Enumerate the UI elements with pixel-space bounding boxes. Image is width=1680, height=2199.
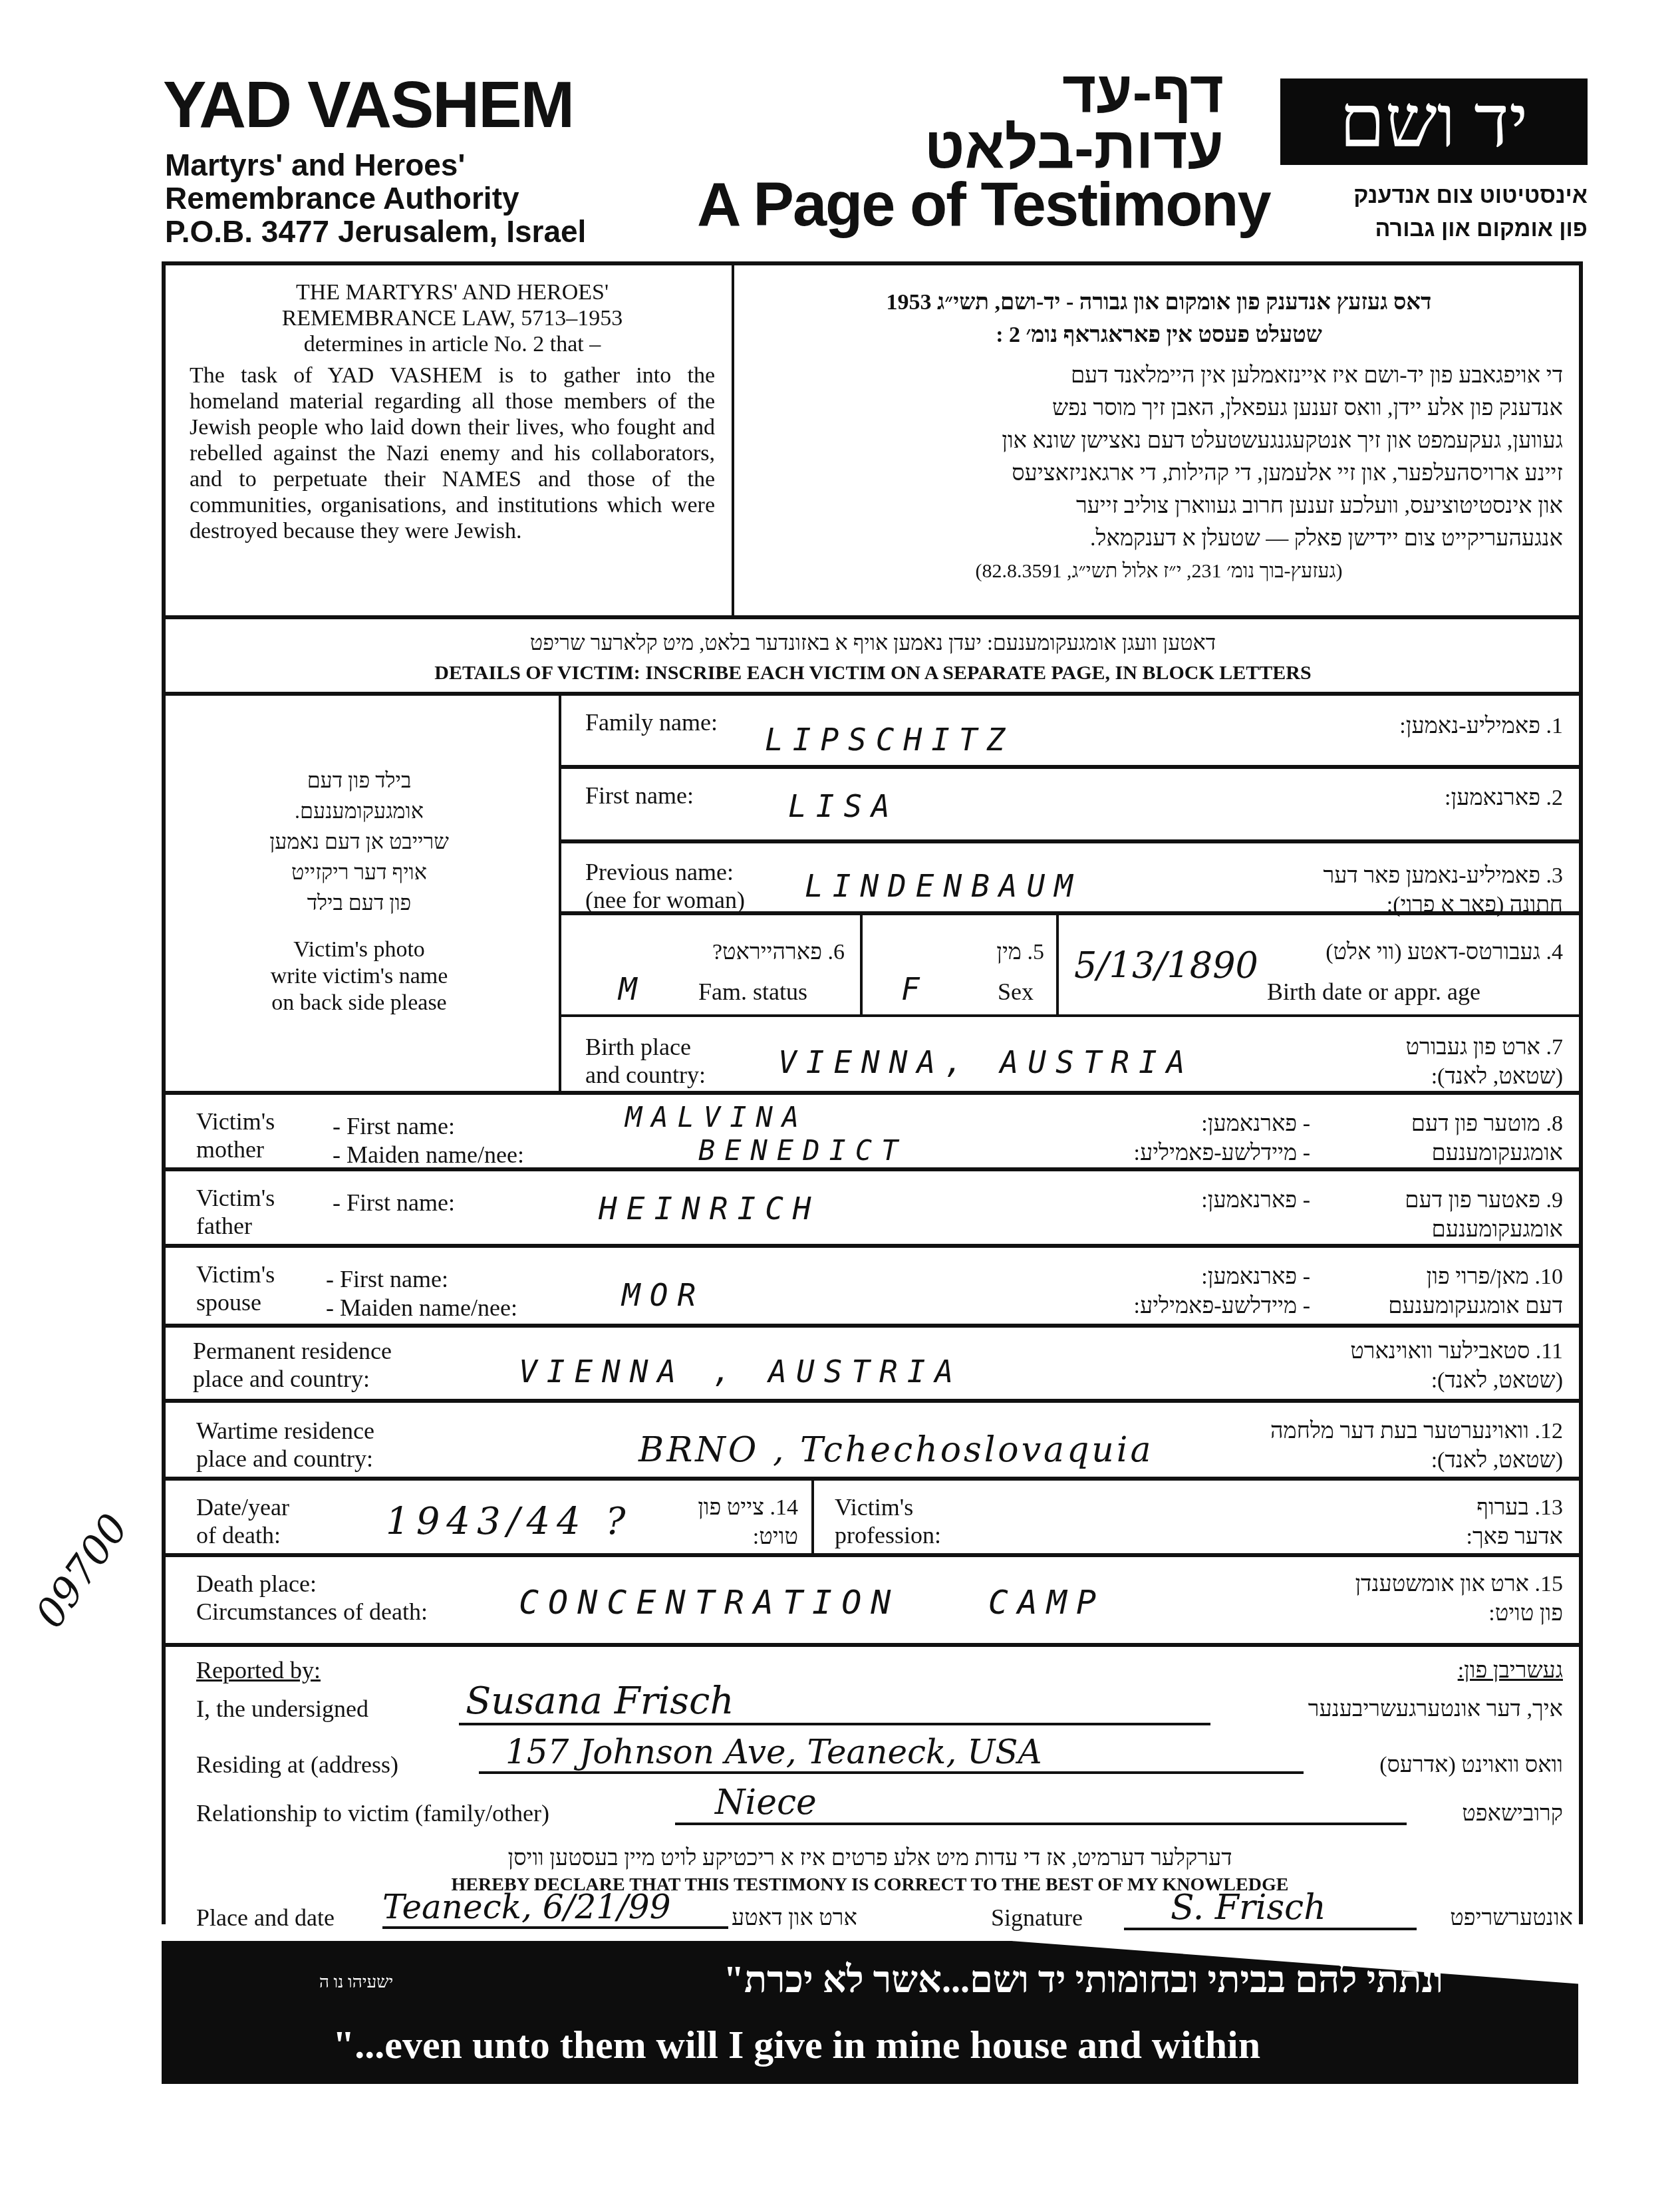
law-he-line-2: אנדענק פון אלע יידן, וואס זענען געפאלן, … [755,392,1563,424]
declaration-hebrew: דערקלער דערמיט, אז די עדות מיט אלע פרטים… [162,1846,1578,1871]
previous-name-label: Previous name: (nee for woman) [585,858,745,914]
perm-residence-value[interactable]: VIENNA , AUSTRIA [519,1354,962,1390]
perm-residence-he-1: 11. סטאבילער וואוינארט [1197,1337,1563,1366]
reported-by-he-heading: געשריבן פון: [1330,1656,1563,1686]
law-he-line-3: געווען, געקעמפט און זיך אנטקעגנגעשטעלט ד… [755,424,1563,457]
undersigned-input[interactable]: Susana Frisch [459,1680,1210,1725]
photo-en-line: on back side please [173,990,545,1016]
family-name-label: Family name: [585,708,718,736]
law-heading-3: determines in article No. 2 that – [190,331,715,357]
previous-name-he-1: 3. פאמיליע-נאמען פאר דער [1131,861,1563,891]
spouse-first-label: - First name: [326,1265,448,1293]
details-header-hebrew: דאטען וועגן אומגעקומענעם: יעדן נאמען אוי… [166,631,1580,655]
birth-place-label-1: Birth place [585,1033,706,1061]
mother-first-value[interactable]: MALVINA [625,1101,808,1133]
birth-place-label-2: and country: [585,1061,706,1089]
previous-name-value[interactable]: LINDENBAUM [805,868,1082,904]
cell-divider [860,915,863,1015]
family-name-value[interactable]: LIPSCHITZ [765,722,1014,758]
father-group-label: Victim's father [196,1184,275,1240]
mother-maiden-value[interactable]: BENEDICT [698,1134,907,1167]
photo-he-line: אויף דער ריקזייט [173,857,545,887]
sex-label: Sex [998,978,1034,1006]
place-date-he-label: ארט און דאטע [732,1904,891,1933]
first-name-value[interactable]: LISA [788,788,899,824]
spouse-he-group-2: דעם אומגעקומענעם [1290,1292,1563,1321]
spouse-he-maiden: - מיידלשע-פאמיליע: [998,1292,1310,1321]
org-subtitle-2: Remembrance Authority [165,183,519,214]
address-he-label: וואס וואוינט (אדרעס) [1317,1751,1563,1780]
previous-name-label-2: (nee for woman) [585,886,745,914]
spouse-maiden-label: - Maiden name/nee: [326,1294,517,1322]
wartime-residence-label: Wartime residence place and country: [196,1417,374,1473]
wartime-residence-he-2: (שטאט, לאנד): [1131,1446,1563,1475]
fam-status-label: Fam. status [698,978,807,1006]
mother-he-first: - פארנאמען: [998,1109,1310,1139]
divider [559,839,1583,843]
profession-he-1: 13. בערוף [1297,1493,1563,1523]
fam-status-he-label: 6. פארהייראט? [665,938,845,967]
wartime-residence-label-1: Wartime residence [196,1417,374,1445]
divider [162,615,1583,619]
cell-divider [811,1481,814,1554]
photo-he-line: אומגעקומענעם. [173,796,545,826]
death-place-label-1: Death place: [196,1570,428,1598]
org-name: YAD VASHEM [163,72,573,137]
death-date-value[interactable]: 1943/44 ? [386,1500,632,1543]
profession-he-2: אדער פאך: [1297,1523,1563,1552]
divider [162,1244,1583,1248]
profession-label-1: Victim's [835,1493,941,1521]
death-place-label: Death place: Circumstances of death: [196,1570,428,1626]
law-he-line-1: די אויפגאבע פון יד-ושם איז איינזאמלען אי… [755,359,1563,392]
spouse-he-group-1: 10. מאן/פרוי פון [1290,1262,1563,1292]
divider [162,1399,1583,1403]
relationship-input[interactable]: Niece [675,1783,1407,1825]
cell-divider [1056,915,1059,1015]
law-he-line-5: און אינסטיטוציעס, וועלכע זענען חרוב געוו… [755,490,1563,522]
birth-date-label: Birth date or appr. age [1267,978,1480,1006]
reported-by-heading: Reported by: [196,1656,321,1684]
perm-residence-label-1: Permanent residence [193,1337,392,1365]
photo-he-line: בילד פון דעם [173,765,545,796]
perm-residence-he-2: (שטאט, לאנד): [1197,1366,1563,1395]
photo-he-line: שרייבט אן דעם נאמען [173,826,545,857]
father-group-2: father [196,1212,275,1240]
address-input[interactable]: 157 Johnson Ave, Teaneck, USA [479,1733,1304,1774]
divider [559,1014,1583,1017]
death-place-he-label: 15. ארט און אומשטענדן פון טויט: [1197,1570,1563,1628]
photo-instructions-hebrew: בילד פון דעם אומגעקומענעם. שרייבט אן דעם… [173,765,545,918]
law-he-line-6: אנגעהעריקייט צום יידישן פאלק — שטעלן א ד… [755,522,1563,555]
profession-he-label: 13. בערוף אדער פאך: [1297,1493,1563,1552]
mother-maiden-label: - Maiden name/nee: [333,1141,524,1169]
law-english: THE MARTYRS' AND HEROES' REMEMBRANCE LAW… [190,279,715,544]
perm-residence-label-2: place and country: [193,1365,392,1393]
death-place-value[interactable]: CONCENTRATION CAMP [519,1583,1105,1622]
logo-text: יד ושם [1339,80,1528,164]
previous-name-he-2: חתונה (פאר א פרוי): [1131,891,1563,920]
undersigned-label: I, the undersigned [196,1695,368,1723]
law-divider [732,263,734,615]
banner-reference: ישעיהו נו ה [319,1972,393,1992]
place-date-label: Place and date [196,1904,335,1932]
law-heading-1: THE MARTYRS' AND HEROES' [190,279,715,305]
logo-subtitle-1: אינסטיטוט צום אנדענק [1280,183,1588,209]
divider [162,1091,1583,1095]
signature-label: Signature [991,1904,1083,1932]
org-address: P.O.B. 3477 Jerusalem, Israel [165,216,586,247]
father-first-value[interactable]: HEINRICH [599,1191,821,1227]
wartime-residence-label-2: place and country: [196,1445,374,1473]
death-date-label-2: of death: [196,1521,289,1549]
hebrew-title: דף-עד עדות-בלאט [785,64,1224,175]
death-place-he-1: 15. ארט און אומשטענדן [1197,1570,1563,1599]
logo-subtitle-2: פון אומקום און גבורה [1280,216,1588,242]
profession-label-2: profession: [835,1521,941,1549]
spouse-group-label: Victim's spouse [196,1260,275,1316]
law-he-heading-2: שטעלט פעסט אין פאראגראף נומ׳ 2 : [755,319,1563,351]
law-he-heading-1: דאס געזעץ אנדענק פון אומקום און גבורה - … [755,286,1563,319]
spouse-group-1: Victim's [196,1260,275,1288]
father-he-first: - פארנאמען: [998,1186,1310,1215]
perm-residence-label: Permanent residence place and country: [193,1337,392,1393]
death-place-label-2: Circumstances of death: [196,1598,428,1626]
death-date-he-label: 14. צייט פון טויט: [632,1493,798,1552]
law-heading-2: REMEMBRANCE LAW, 5713–1953 [190,305,715,331]
profession-label: Victim's profession: [835,1493,941,1549]
wartime-residence-value[interactable]: BRNO , Tchechoslovaquia [638,1430,1153,1470]
birth-place-he-label: 7. ארט פון געבורט (שטאט, לאנד): [1197,1033,1563,1092]
relationship-label: Relationship to victim (family/other) [196,1799,549,1827]
fam-status-value[interactable]: M [619,971,646,1007]
photo-he-line: פון דעם בילד [173,887,545,918]
father-group-1: Victim's [196,1184,275,1212]
first-name-label: First name: [585,782,694,809]
spouse-group-2: spouse [196,1288,275,1316]
mother-first-label: - First name: [333,1112,455,1140]
family-name-he-label: 1. פאמיליע-נאמען: [1131,712,1563,741]
death-date-he-2: טויט: [632,1523,798,1552]
spouse-maiden-value[interactable]: MOR [622,1277,705,1313]
divider [162,1477,1583,1481]
photo-en-line: write victim's name [173,963,545,990]
mother-group-1: Victim's [196,1107,275,1135]
law-he-line-4: זיינע ארויסהעלפער, און זיי אלעמען, די קה… [755,457,1563,490]
place-date-input[interactable]: Teaneck, 6/21/99 [382,1888,728,1929]
banner-quote-hebrew: ונתתי להם בביתי ובחומותי יד ושם...אשר לא… [399,1959,1443,2001]
wartime-residence-he-label: 12. וואוינערטער בעת דער מלחמה (שטאט, לאנ… [1131,1417,1563,1475]
spouse-he-group: 10. מאן/פרוי פון דעם אומגעקומענעם [1290,1262,1563,1321]
divider [559,765,1583,769]
page-title: A Page of Testimony [697,174,1270,235]
birth-place-value[interactable]: VIENNA, AUSTRIA [778,1044,1194,1080]
mother-he-group-1: 8. מוטער פון דעם [1324,1109,1563,1139]
spouse-he-first: - פארנאמען: [998,1262,1310,1292]
relationship-he-label: קרובישאפט [1417,1799,1563,1829]
org-subtitle-1: Martyrs' and Heroes' [165,150,465,180]
father-first-label: - First name: [333,1189,455,1217]
hebrew-title-line2: עדות-בלאט [785,120,1224,176]
death-place-he-2: פון טויט: [1197,1599,1563,1628]
divider [559,911,1583,915]
father-he-group-1: 9. פאטער פון דעם [1324,1186,1563,1215]
mother-group-2: mother [196,1135,275,1163]
law-body: The task of YAD VASHEM is to gather into… [190,363,715,544]
photo-en-line: Victim's photo [173,937,545,963]
signature-he-label: אונטערשריפט [1420,1904,1573,1933]
photo-instructions-english: Victim's photo write victim's name on ba… [173,937,545,1016]
death-date-he-1: 14. צייט פון [632,1493,798,1523]
divider [162,1167,1583,1171]
law-he-citation: (געזעץ-בוך נומ׳ 231, י״ז אלול תשי״ג, 82.… [755,555,1563,587]
address-label: Residing at (address) [196,1751,398,1779]
divider [162,1553,1583,1557]
birth-date-he-label: 4. געבורטס-דאטע (ווי אלט) [1230,938,1563,967]
sex-he-label: 5. מין [944,938,1044,967]
hebrew-title-line1: דף-עד [785,64,1224,120]
wartime-residence-he-1: 12. וואוינערטער בעת דער מלחמה [1131,1417,1563,1446]
death-date-label: Date/year of death: [196,1493,289,1549]
mother-he-maiden: - מיידלשע-פאמיליע: [998,1139,1310,1168]
profession-value[interactable] [1038,1510,1237,1543]
law-hebrew: דאס געזעץ אנדענק פון אומקום און גבורה - … [755,286,1563,587]
divider [162,1643,1583,1647]
divider [162,692,1583,696]
mother-he-group-2: אומגעקומענעם [1324,1139,1563,1168]
father-he-group: 9. פאטער פון דעם אומגעקומענעם [1324,1186,1563,1245]
death-date-label-1: Date/year [196,1493,289,1521]
birth-place-he-2: (שטאט, לאנד): [1197,1062,1563,1092]
previous-name-label-1: Previous name: [585,858,745,886]
first-name-he-label: 2. פארנאמען: [1131,784,1563,813]
birth-place-he-1: 7. ארט פון געבורט [1197,1033,1563,1062]
details-header-english: DETAILS OF VICTIM: INSCRIBE EACH VICTIM … [166,662,1580,684]
undersigned-he-label: איך, דער אונטערגעשריבענער [1230,1695,1563,1724]
birth-place-label: Birth place and country: [585,1033,706,1089]
signature-input[interactable]: S. Frisch [1124,1888,1417,1930]
father-he-group-2: אומגעקומענעם [1324,1215,1563,1245]
mother-group-label: Victim's mother [196,1107,275,1163]
perm-residence-he-label: 11. סטאבילער וואוינארט (שטאט, לאנד): [1197,1337,1563,1395]
divider [162,1324,1583,1328]
banner-quote-english: "...even unto them will I give in mine h… [333,2022,1397,2068]
margin-handwritten-number: 09700 [27,1506,138,1637]
mother-he-group: 8. מוטער פון דעם אומגעקומענעם [1324,1109,1563,1168]
photo-divider [559,692,561,1091]
sex-value[interactable]: F [901,971,929,1007]
yad-vashem-logo: יד ושם [1280,78,1588,165]
